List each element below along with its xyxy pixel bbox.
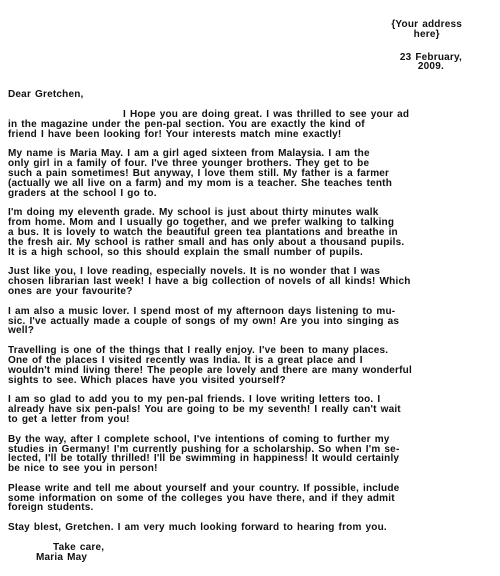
salutation: Dear Gretchen, (8, 90, 492, 100)
letter-paragraph-reading: Just like you, I love reading, especiall… (8, 267, 492, 296)
address-placeholder: {Your address here} (391, 20, 462, 40)
letter-page: {Your address here} 23 February, 2009. D… (0, 0, 500, 576)
letter-paragraph-penpals: I am so glad to add you to my pen-pal fr… (8, 395, 492, 424)
letter-paragraph-about-me: My name is Maria May. I am a girl aged s… (8, 149, 492, 198)
letter-paragraph-farewell: Stay blest, Gretchen. I am very much loo… (8, 523, 492, 533)
letter-paragraph-school: I'm doing my eleventh grade. My school i… (8, 208, 492, 257)
letter-date: 23 February, 2009. (400, 53, 462, 73)
closing-signature: Take care, Maria May (8, 543, 492, 563)
letter-paragraph-music: I am also a music lover. I spend most of… (8, 307, 492, 336)
letter-paragraph-intro: I Hope you are doing great. I was thrill… (8, 110, 492, 139)
letter-paragraph-travel: Travelling is one of the things that I r… (8, 346, 492, 385)
letter-header: {Your address here} 23 February, 2009. (8, 20, 492, 72)
letter-paragraph-studies: By the way, after I complete school, I'v… (8, 435, 492, 474)
letter-paragraph-request: Please write and tell me about yourself … (8, 484, 492, 513)
